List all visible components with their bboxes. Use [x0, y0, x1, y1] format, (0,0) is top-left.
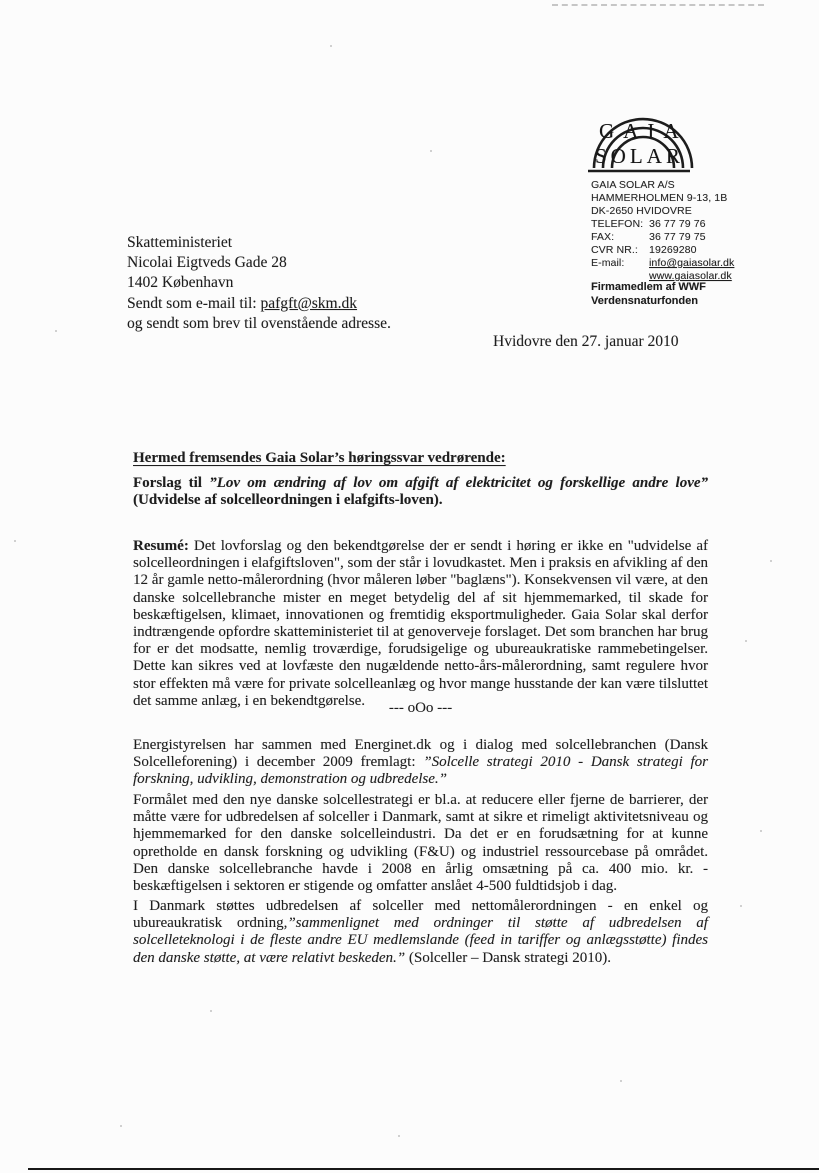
scan-noise-dot — [120, 1125, 122, 1127]
resume-paragraph: Resumé: Det lovforslag og den bekendtgør… — [133, 538, 708, 710]
fax-label: FAX: — [591, 231, 649, 244]
letterhead-contact-block: GAIA SOLAR A/S HAMMERHOLMEN 9-13, 1B DK-… — [591, 179, 734, 283]
scan-noise-dot — [14, 540, 16, 542]
subject-law-title: ”Lov om ændring af lov om afgift af elek… — [209, 475, 708, 491]
scan-noise-dot — [745, 640, 747, 642]
scan-artifact-line — [552, 4, 764, 6]
gaia-solar-logo: GAIA SOLAR — [586, 102, 700, 181]
scan-noise-dot — [55, 330, 57, 332]
wwf-membership-note: Firmamedlem af WWF Verdensnaturfonden — [591, 281, 706, 308]
paragraph-danmark-stoette: I Danmark støttes udbredelsen af solcell… — [133, 898, 708, 967]
delivery-line2: og sendt som brev til ovenstående adress… — [127, 314, 391, 334]
paragraph-text: (Solceller – Dansk strategi 2010). — [405, 950, 611, 966]
company-city: DK-2650 HVIDOVRE — [591, 205, 734, 218]
scan-noise-dot — [398, 1135, 400, 1137]
scan-noise-dot — [740, 905, 742, 907]
cvr-value: 19269280 — [649, 244, 697, 257]
recipient-address-block: Skatteministeriet Nicolai Eigtveds Gade … — [127, 233, 287, 293]
resume-text: Det lovforslag og den bekendtgørelse der… — [133, 538, 708, 709]
sun-arcs-logo-icon: GAIA SOLAR — [586, 102, 700, 176]
paragraph-text: Formålet med den nye danske solcellestra… — [133, 792, 708, 894]
wwf-line1: Firmamedlem af WWF — [591, 281, 706, 295]
scan-noise-dot — [620, 1080, 622, 1082]
recipient-city: 1402 København — [127, 273, 287, 293]
company-name: GAIA SOLAR A/S — [591, 179, 734, 192]
fax-value: 36 77 79 75 — [649, 231, 706, 244]
subject-heading: Hermed fremsendes Gaia Solar’s høringssv… — [133, 450, 708, 467]
paragraph-formaalet: Formålet med den nye danske solcellestra… — [133, 792, 708, 895]
paragraph-energistyrelsen: Energistyrelsen har sammen med Energinet… — [133, 737, 708, 789]
scan-edge-line — [28, 1168, 819, 1170]
phone-value: 36 77 79 76 — [649, 218, 706, 231]
company-email-link[interactable]: info@gaiasolar.dk — [649, 257, 734, 270]
subject-prefix: Forslag til — [133, 475, 209, 491]
scan-noise-dot — [760, 830, 762, 832]
scan-noise-dot — [210, 1010, 212, 1012]
logo-text-gaia: GAIA — [599, 119, 688, 143]
recipient-name: Skatteministeriet — [127, 233, 287, 253]
subject-line: Forslag til ”Lov om ændring af lov om af… — [133, 475, 708, 509]
phone-label: TELEFON: — [591, 218, 649, 231]
delivery-note: Sendt som e-mail til: pafgft@skm.dk og s… — [127, 294, 391, 334]
company-street: HAMMERHOLMEN 9-13, 1B — [591, 192, 734, 205]
scan-noise-dot — [770, 560, 772, 562]
scan-noise-dot — [430, 150, 432, 152]
ministry-email-link[interactable]: pafgft@skm.dk — [260, 295, 357, 312]
delivery-email-prefix: Sendt som e-mail til: — [127, 295, 260, 312]
resume-label: Resumé: — [133, 538, 189, 554]
logo-text-solar: SOLAR — [595, 144, 684, 168]
recipient-street: Nicolai Eigtveds Gade 28 — [127, 253, 287, 273]
wwf-line2: Verdensnaturfonden — [591, 295, 706, 309]
email-label: E-mail: — [591, 257, 649, 270]
subject-block: Hermed fremsendes Gaia Solar’s høringssv… — [133, 450, 708, 510]
subject-suffix: (Udvidelse af solcelleordningen i elafgi… — [133, 492, 443, 508]
scanned-letter-page: GAIA SOLAR GAIA SOLAR A/S HAMMERHOLMEN 9… — [0, 0, 819, 1173]
ooo-separator: --- oOo --- — [133, 700, 708, 717]
scan-noise-dot — [330, 45, 332, 47]
cvr-label: CVR NR.: — [591, 244, 649, 257]
place-date-line: Hvidovre den 27. januar 2010 — [493, 333, 679, 351]
